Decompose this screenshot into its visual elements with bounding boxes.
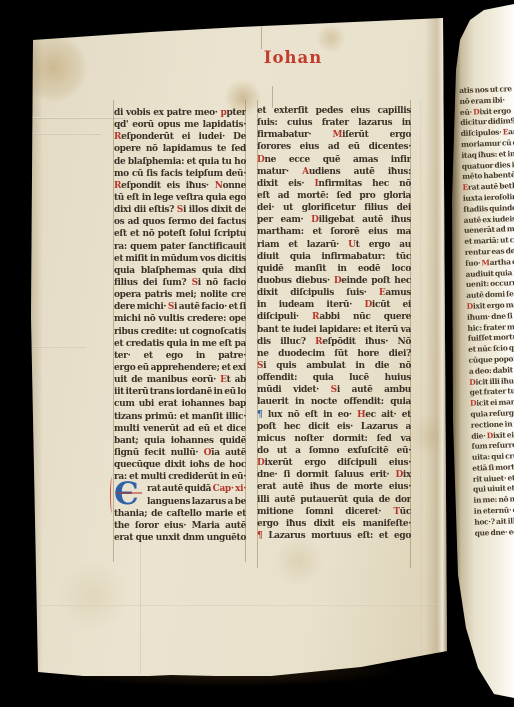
gutter-curl-shade: [425, 16, 447, 671]
text-line: dixit eis· Infirmitas hec nō: [257, 178, 411, 190]
text-line: uit de manibus eorū· Et ab: [114, 374, 246, 386]
text-line: que dne· ego credi: [474, 526, 514, 539]
text-line: ſorores eius ad eū dicentes·: [257, 141, 411, 153]
text-line: Reſponderūt ei iudei· De bono: [114, 131, 246, 143]
text-line: the ſoror eius· Maria autē: [114, 520, 246, 532]
text-line: duobus diebus· Deinde poſt hec: [257, 275, 411, 287]
text-line: per eam· Diligebat autē iħus: [257, 214, 411, 226]
text-line: mūdi videt· Si autē ambu: [257, 384, 411, 396]
text-line: diſcipuli· Rabbi nūc quere: [257, 311, 411, 323]
text-line: Reſpondit eis iħus· Nonne ſcp: [114, 180, 246, 192]
pen-flourish: [110, 477, 114, 513]
ruling-line: [261, 19, 262, 49]
text-line: Dixerūt ergo diſcipuli eius·: [257, 457, 411, 469]
text-line: martham: et ſororē eius ma: [257, 226, 411, 238]
text-line: mitione ſomni diceret· Tūc: [257, 506, 411, 518]
text-line: atis nos ut cre: [459, 84, 514, 97]
text-line: multi venerūt ad eū et dice: [114, 423, 246, 435]
text-line: opere nō lapidamus te ſed: [114, 143, 246, 155]
text-line: ra: quem pater ſanctificauit: [114, 241, 246, 253]
text-line: ribus credite: ut cognoſcatis: [114, 326, 246, 338]
text-line: qd' eorū opus me lapidatis·: [114, 119, 246, 131]
text-line: et credatis quia in me eſt pa: [114, 338, 246, 350]
text-line: tū eſt in lege veſtra quia ego: [114, 192, 246, 204]
drop-cap-glyph: Є: [114, 476, 139, 512]
text-line: di vobis ex patre meo· ppter: [114, 107, 246, 119]
text-line: eſt et nō poteſt ſolui ſcriptu: [114, 228, 246, 240]
text-line: do ut a ſomno exſuſcitē eū·: [257, 445, 411, 457]
text-line: in iudeam iterū· Dicūt ei: [257, 299, 411, 311]
text-line: ergo eū apprehendere; et exi: [114, 362, 246, 374]
text-line: cum ubi erat iohannes bap: [114, 398, 246, 410]
text-line: et exterſit pedes eius capillis: [257, 105, 411, 117]
text-line: bant; quia iohannes quidē: [114, 435, 246, 447]
text-line: tizans primū: et manſit illic·: [114, 411, 246, 423]
crease: [419, 100, 421, 655]
text-line: quia blaſphemas quia dixi: [114, 265, 246, 277]
text-line: lauerit in nocte offendit: quia: [257, 396, 411, 408]
text-line: firmabatur· Miſerūt ergo: [257, 129, 411, 141]
drop-cap-initial: Є: [114, 481, 144, 508]
facing-page-text: atis nos ut crenō eram ibi·eū· Dixit erg…: [459, 84, 514, 540]
manuscript-photo: Iohan di vobis ex patre meo· ppterqd' eo…: [0, 0, 514, 707]
facing-page-edge: atis nos ut crenō eram ibi·eū· Dixit erg…: [448, 0, 514, 707]
text-line: ne duodecim ſūt hore diei?: [257, 348, 411, 360]
text-line: erat que unxit dnm unguēto: [114, 532, 246, 544]
text-line: ¶ Lazarus mortuus eſt: et ego: [257, 530, 411, 542]
text-line: ſignū fecit nullū· Oīa autē: [114, 447, 246, 459]
text-line: iit iterū trans iordanē in eū lo: [114, 386, 246, 398]
text-column-right: et exterſit pedes eius capillisſuis: cui…: [257, 105, 411, 542]
text-line: dne· ſi dormit ſaluus erit· Dix: [257, 469, 411, 481]
text-line: Dne ecce quē amas infir: [257, 154, 411, 166]
crease: [31, 117, 126, 119]
text-line: erat autē iħus de morte eius·: [257, 481, 411, 493]
text-line: filius dei ſum? Si nō facio: [114, 277, 246, 289]
crease: [38, 604, 438, 606]
text-line: michi nō vultis credere: ope: [114, 313, 246, 325]
text-line: et miſit in mūdum vos dicitis: [114, 253, 246, 265]
crease: [139, 532, 141, 674]
text-line: poſt hec dicit eis· Lazarus a: [257, 421, 411, 433]
text-line: mo cū ſis facis teipſum deū·: [114, 168, 246, 180]
text-line: ter· et ego in patre· Querebant: [114, 350, 246, 362]
crease: [31, 346, 86, 348]
text-line: riam et lazarū· Ut ergo au: [257, 239, 411, 251]
text-line: dei· ut glorificetur filius dei: [257, 202, 411, 214]
text-line: ſuis: cuius frater lazarus in: [257, 117, 411, 129]
text-line: bant te iudei lapidare: et iterū va: [257, 324, 411, 336]
text-line: eſt ad mortē: ſed pro gloria: [257, 190, 411, 202]
text-line: de blaſphemia: et quia tu ho: [114, 156, 246, 168]
text-line: opera patris mei; nolite cre: [114, 289, 246, 301]
text-line: ¶ lux nō eſt in eo· Hec ait· et: [257, 409, 411, 421]
running-title: Iohan: [245, 48, 341, 67]
text-line: micus noſter dormit: ſed va: [257, 433, 411, 445]
text-line: matur· Audiens autē iħus:: [257, 166, 411, 178]
text-line: dere michi· Si autē facio· et ſi: [114, 301, 246, 313]
text-line: illi autē putauerūt quia de dor: [257, 494, 411, 506]
text-line: Si quis ambulat in die nō: [257, 360, 411, 372]
crease: [31, 133, 101, 135]
text-line: dixit diſcipulis ſuis· Eamus: [257, 287, 411, 299]
text-line: quecūque dixit ioħs de hoc ve: [114, 459, 246, 471]
text-line: os ad quos ſermo dei factus: [114, 216, 246, 228]
text-line: offendit: quia lucē huius: [257, 372, 411, 384]
text-line: ergo iħus dixit eis manifeſte·: [257, 518, 411, 530]
text-line: quidē manſit in eodē loco: [257, 263, 411, 275]
pen-flourish: [116, 492, 142, 494]
text-line: dixi dii eſtis? Si illos dixit de: [114, 204, 246, 216]
text-line: diuit quia infirmabatur: tūc: [257, 251, 411, 263]
manuscript-page: Iohan di vobis ex patre meo· ppterqd' eo…: [31, 16, 449, 676]
text-line: dis illuc? Reſpōdit iħus· Nō: [257, 336, 411, 348]
